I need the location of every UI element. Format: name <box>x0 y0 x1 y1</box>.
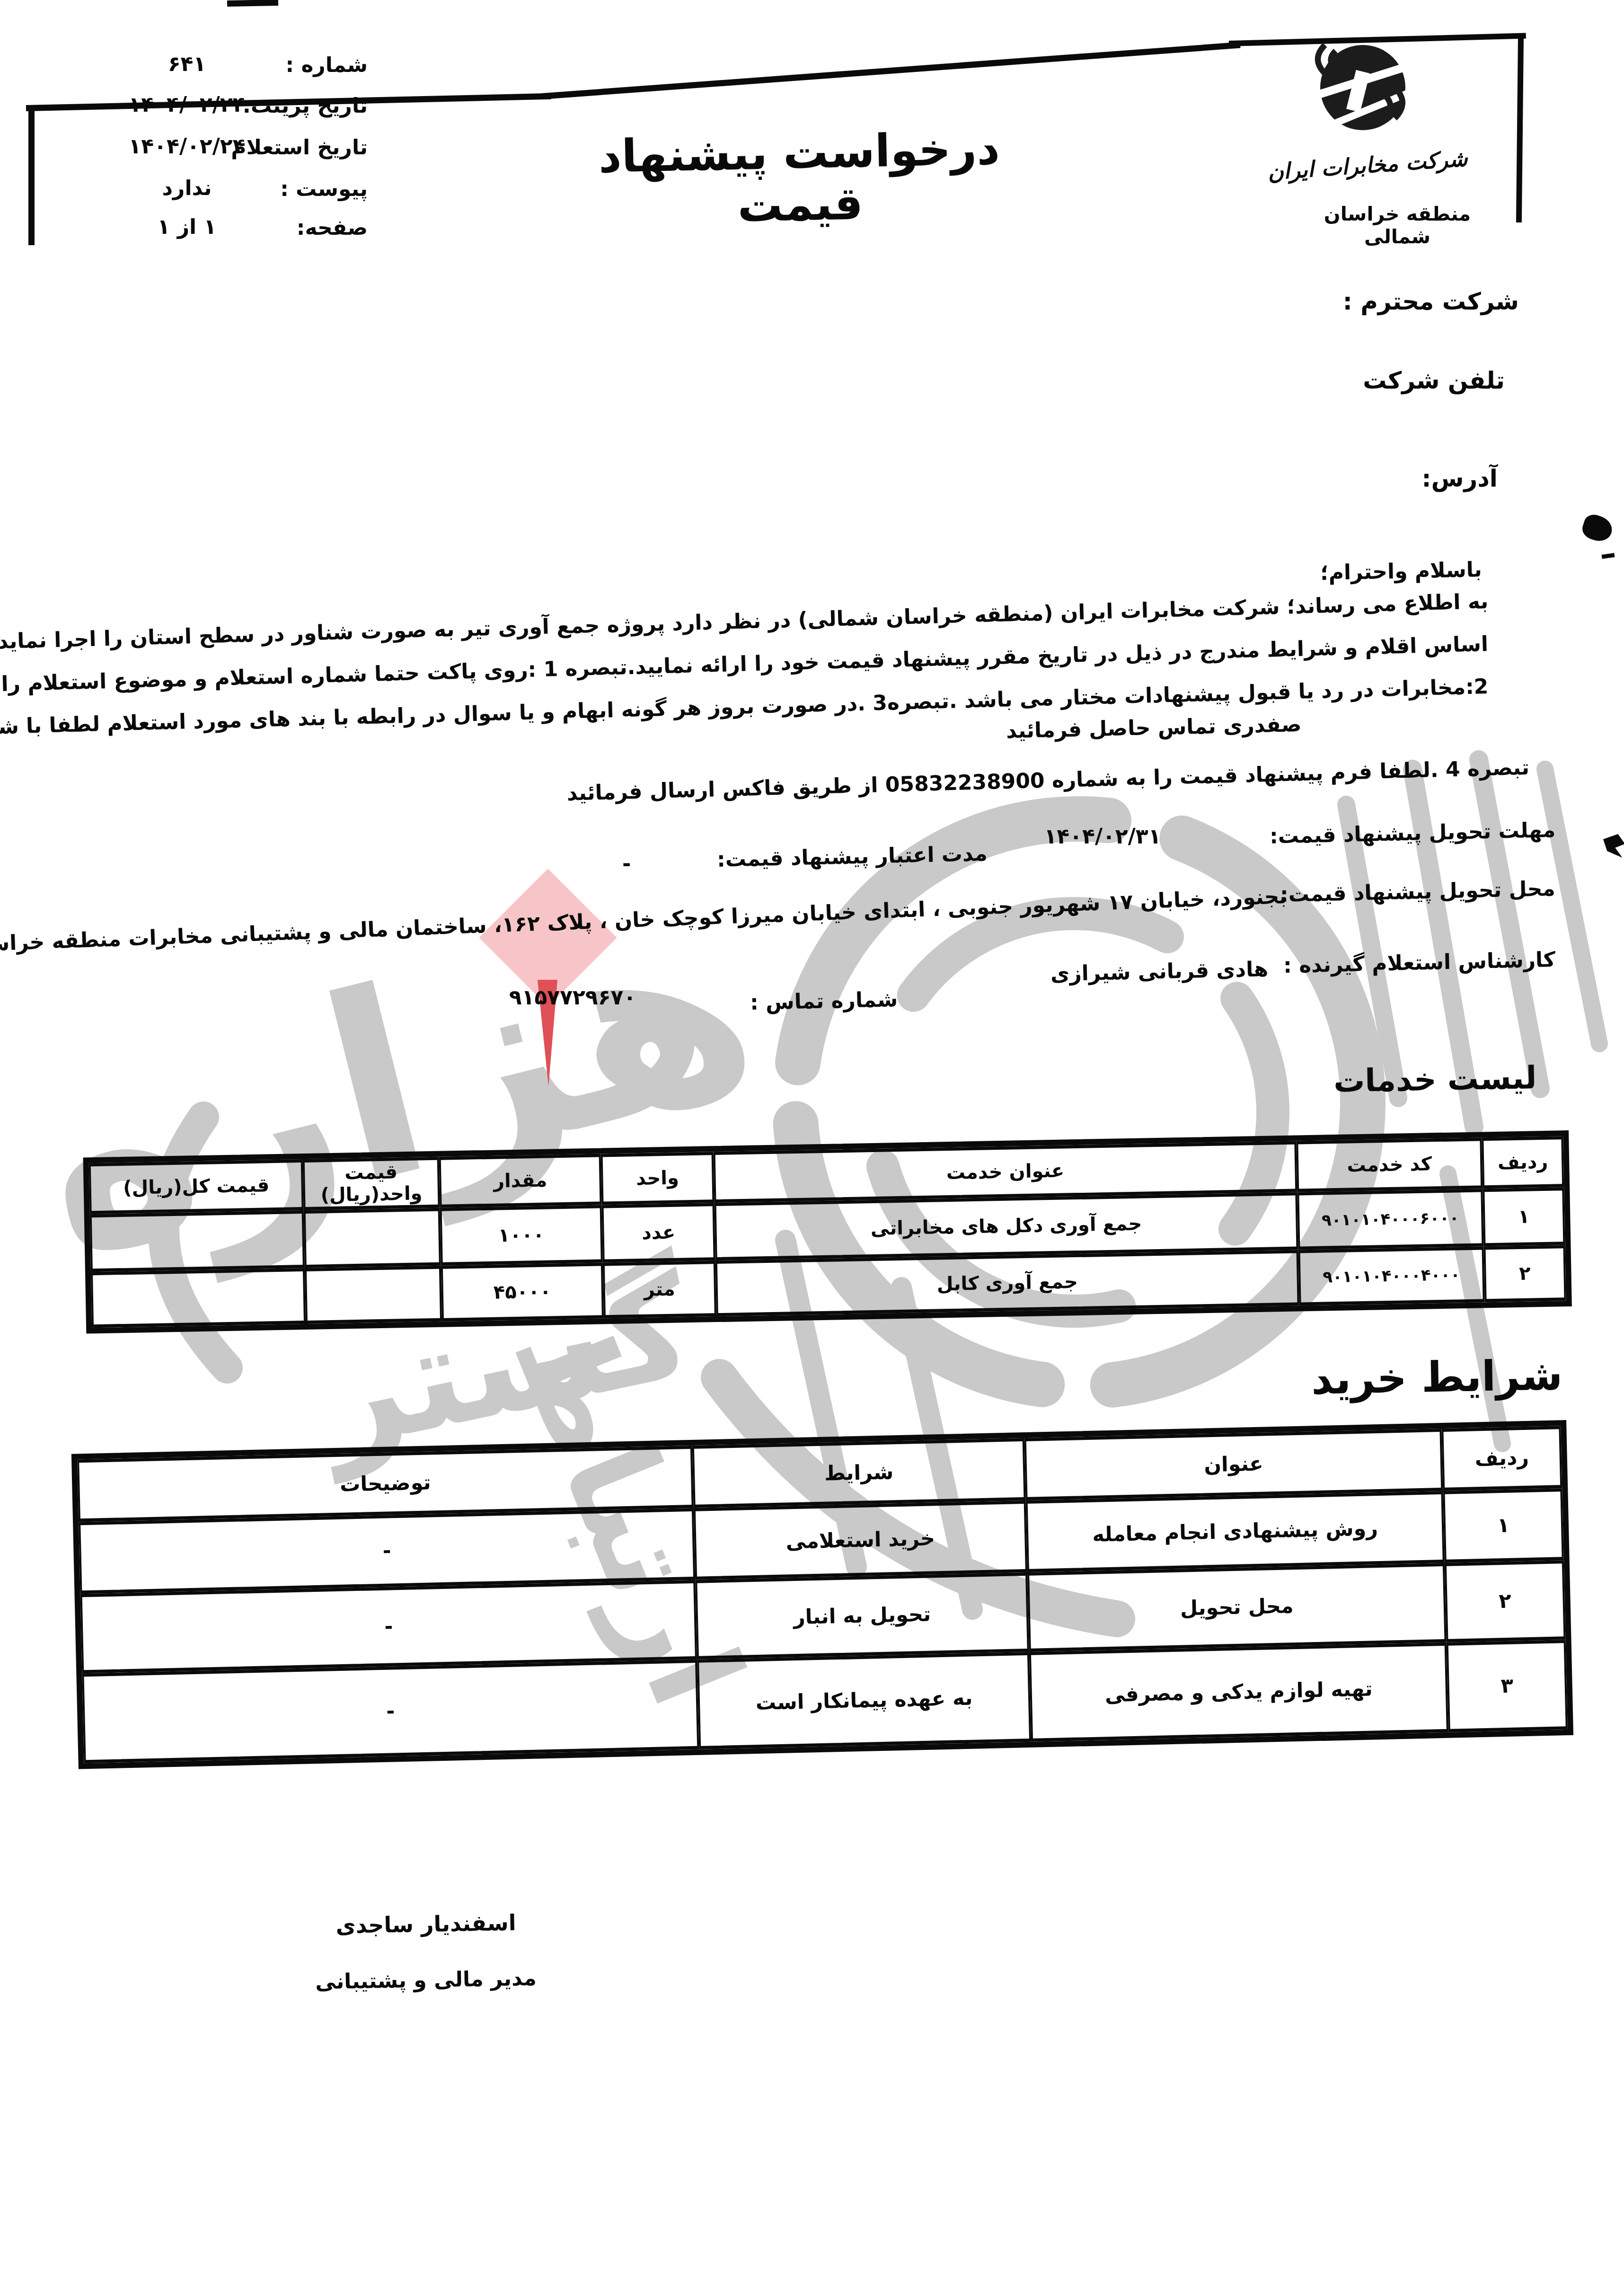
logo-region-name: منطقه خراسان شمالی <box>1310 203 1485 248</box>
svc-header-unit-price: قیمت واحد(ریال) <box>303 1157 440 1210</box>
scanned-document-page: هزاره گستر ارتباط شماره : ۶۴۱ تاریخ پرین… <box>0 0 1624 2272</box>
purchase-conditions-table: ردیف عنوان شرایط توضیحات ۱ روش پیشنهادی … <box>71 1420 1573 1769</box>
svc-row2-qty: ۴۵۰۰۰ <box>441 1262 604 1321</box>
page-number-value: ۱ از ۱ <box>125 215 248 239</box>
letter-salutation: باسلام واحترام؛ <box>1320 558 1483 585</box>
svc-row1-name: جمع آوری دکل های مخابراتی <box>715 1192 1298 1261</box>
tci-logo-icon <box>1299 35 1417 149</box>
svc-row2-code: ۹۰۱۰۱۰۴۰۰۰۴۰۰۰ <box>1298 1246 1485 1305</box>
cond-row2-index: ۲ <box>1445 1560 1566 1642</box>
deadline-value: ۱۴۰۴/۰۲/۳۱ <box>1003 825 1202 849</box>
print-date-label: تاریخ پرینت: <box>243 94 368 118</box>
cond-row2-note: - <box>80 1580 697 1673</box>
recipient-company-label: شرکت محترم : <box>1343 288 1519 315</box>
document-title: درخواست پیشنهاد قیمت <box>534 121 1066 236</box>
cond-row3-cond: به عهده پیمانکار است <box>697 1652 1031 1749</box>
page-number-label: صفحه: <box>297 216 368 240</box>
cond-row1-cond: خرید استعلامی <box>694 1500 1027 1580</box>
svc-row1-qty: ۱۰۰۰ <box>440 1205 603 1265</box>
svc-row2-total <box>91 1268 306 1328</box>
cond-row1-note: - <box>79 1508 695 1594</box>
svc-row2-unit-price <box>305 1266 442 1324</box>
svc-row1-code: ۹۰۱۰۱۰۴۰۰۰۶۰۰۰ <box>1297 1189 1483 1250</box>
svc-row1-index: ۱ <box>1483 1187 1565 1246</box>
contact-number-label: شماره تماس : <box>750 987 898 1015</box>
cond-row2-cond: تحویل به انبار <box>695 1572 1029 1660</box>
services-table: ردیف کد خدمت عنوان خدمت واحد مقدار قیمت … <box>83 1130 1572 1333</box>
svc-header-total: قیمت کل(ریال) <box>89 1159 304 1214</box>
doc-number-value: ۶۴۱ <box>125 52 248 76</box>
doc-number-label: شماره : <box>285 53 368 77</box>
scan-artifact-top-bar <box>227 0 278 7</box>
attachment-value: ندارد <box>125 176 248 200</box>
contact-number-value: ۹۱۵۷۷۲۹۶۷۰ <box>473 985 672 1010</box>
svc-row2-unit: متر <box>603 1260 716 1318</box>
inquiry-date-value: ۱۴۰۴/۰۲/۲۴ <box>125 134 248 159</box>
signature-role: مدیر مالی و پشتیبانی <box>291 1966 561 1995</box>
header-box-left-border <box>28 108 35 245</box>
svc-header-code: کد خدمت <box>1296 1137 1483 1192</box>
cond-row1-index: ۱ <box>1443 1488 1563 1563</box>
cond-header-row: ردیف <box>1441 1426 1562 1491</box>
recipient-address-label: آدرس: <box>1421 465 1498 492</box>
cond-header-cond: شرایط <box>692 1438 1026 1508</box>
validity-value: - <box>622 852 631 876</box>
conditions-section-title: شرایط خرید <box>1311 1350 1563 1403</box>
services-section-title: لیست خدمات <box>1333 1059 1537 1099</box>
svc-row1-unit-price <box>304 1208 441 1268</box>
print-date-value: ۱۴۰۴/۰۲/۲۴ <box>125 93 248 117</box>
recipient-phone-label: تلفن شرکت <box>1363 367 1505 394</box>
svc-header-qty: مقدار <box>439 1154 602 1207</box>
cond-row1-title: روش پیشنهادی انجام معامله <box>1026 1491 1445 1572</box>
cond-row3-index: ۳ <box>1447 1640 1568 1732</box>
cond-row3-title: تهیه لوازم یدکی و مصرفی <box>1029 1642 1448 1742</box>
svc-row1-total <box>90 1210 305 1272</box>
inquiry-expert-value: هادی قربانی شیرازی <box>1048 957 1271 986</box>
svc-header-row: ردیف <box>1482 1136 1564 1189</box>
attachment-label: پیوست : <box>280 177 368 201</box>
cond-row3-note: - <box>82 1660 699 1763</box>
svc-header-unit: واحد <box>601 1152 715 1205</box>
cond-row2-title: محل تحویل <box>1027 1563 1447 1652</box>
cond-header-title: عنوان <box>1024 1429 1443 1500</box>
svc-row1-unit: عدد <box>602 1203 715 1262</box>
signature-name: اسفندیار ساجدی <box>310 1909 542 1939</box>
svc-row2-index: ۲ <box>1483 1245 1566 1302</box>
svc-row2-name: جمع آوری کابل <box>715 1250 1299 1317</box>
inquiry-date-label: تاریخ استعلام <box>231 135 368 160</box>
